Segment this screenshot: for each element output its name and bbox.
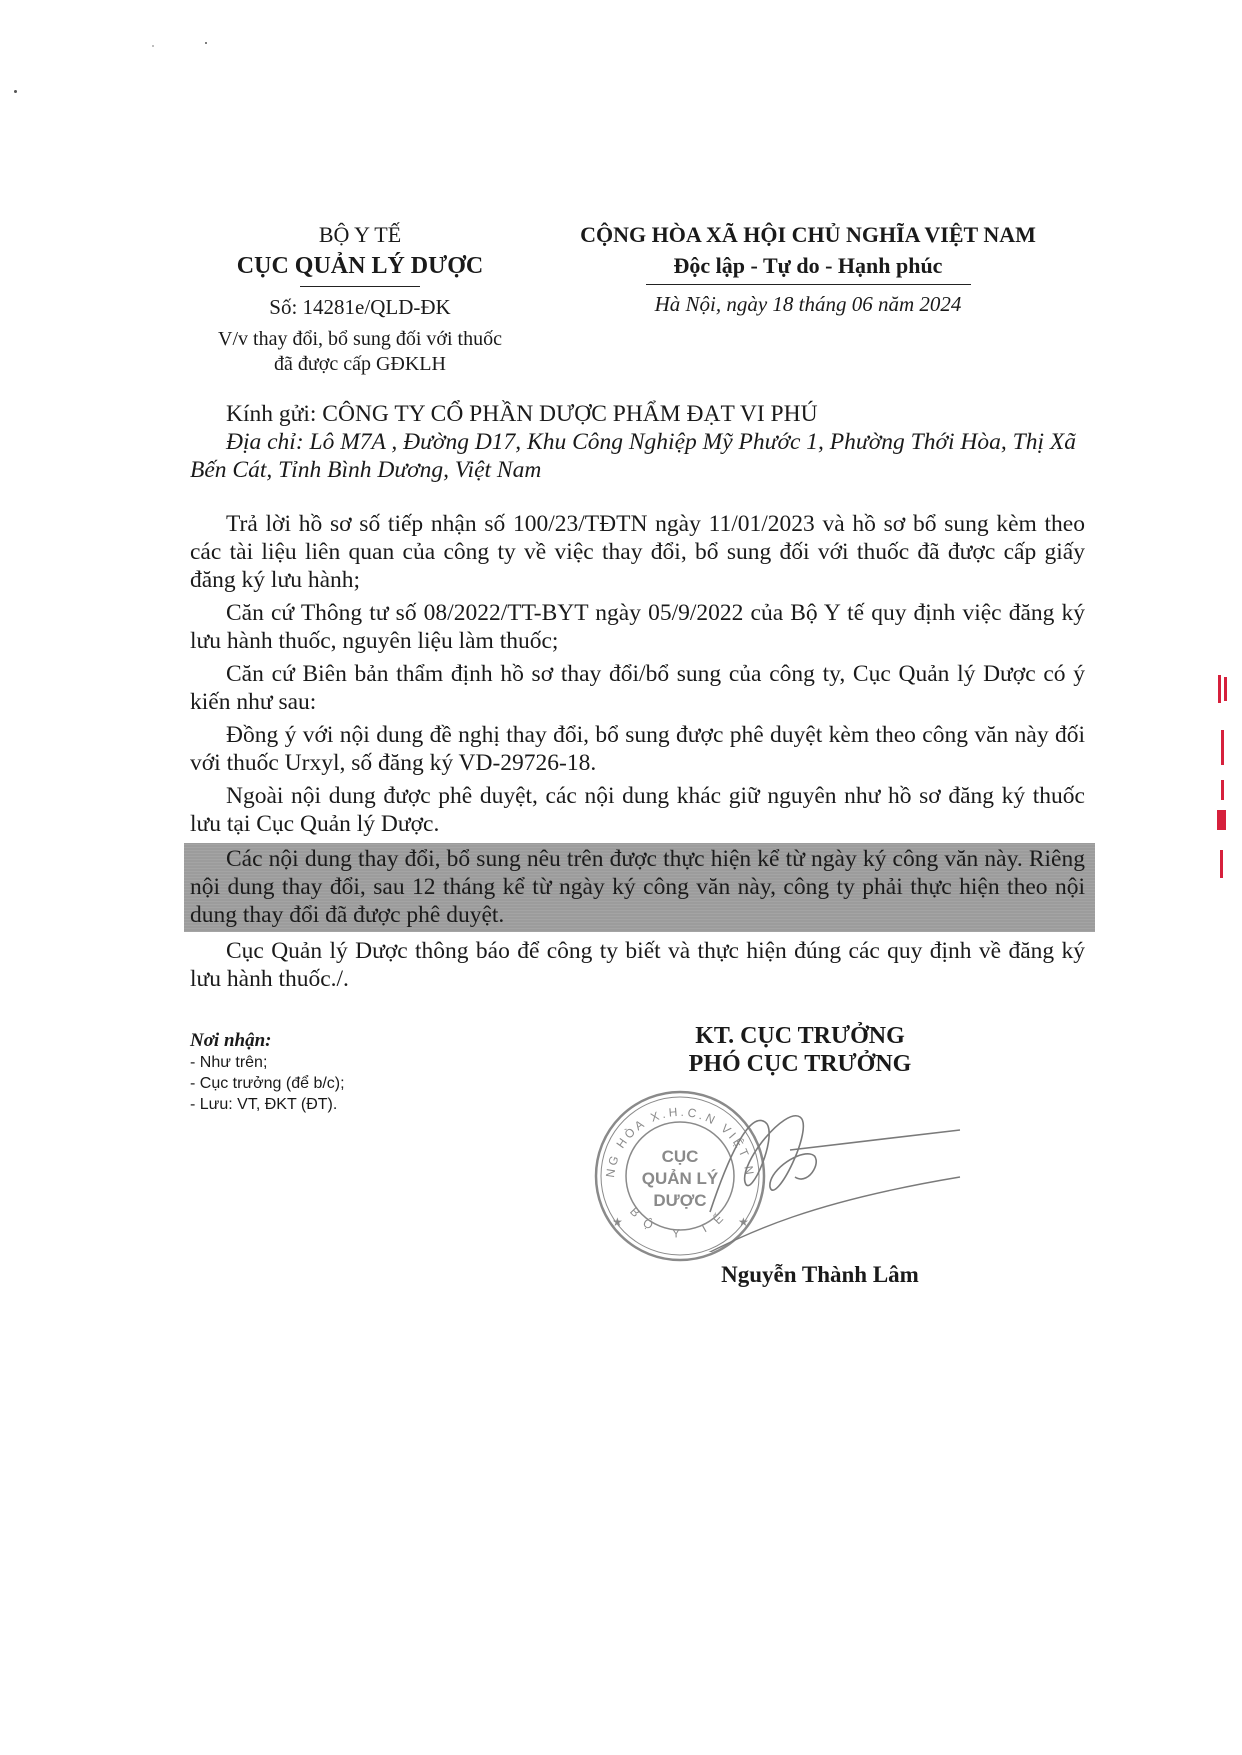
header-right-rule <box>646 284 971 285</box>
issuing-agency-header: BỘ Y TẾ CỤC QUẢN LÝ DƯỢC Số: 14281e/QLD-… <box>170 220 550 377</box>
recipients-list-title: Nơi nhận: <box>190 1030 345 1052</box>
body-paragraph: Căn cứ Biên bản thẩm định hồ sơ thay đổi… <box>190 660 1085 716</box>
recipients-list-item: - Lưu: VT, ĐKT (ĐT). <box>190 1094 345 1115</box>
highlighted-paragraph: Các nội dung thay đổi, bổ sung nêu trên … <box>184 843 1095 932</box>
letter-body: Trả lời hồ sơ số tiếp nhận số 100/23/TĐT… <box>190 510 1085 998</box>
handwritten-signature-icon <box>690 1092 970 1252</box>
republic-title: CỘNG HÒA XÃ HỘI CHỦ NGHĨA VIỆT NAM <box>548 220 1068 250</box>
document-subject: V/v thay đổi, bổ sung đối với thuốc đã đ… <box>170 327 550 377</box>
signature-block: KT. CỤC TRƯỞNG PHÓ CỤC TRƯỞNG CỘNG HÒA X… <box>600 1022 1000 1078</box>
place-and-date: Hà Nội, ngày 18 tháng 06 năm 2024 <box>548 289 1068 319</box>
header-left-rule <box>300 286 420 287</box>
recipient-address: Địa chỉ: Lô M7A , Đường D17, Khu Công Ng… <box>190 428 1090 484</box>
body-paragraph: Cục Quản lý Dược thông báo để công ty bi… <box>190 937 1085 993</box>
national-motto: Độc lập - Tự do - Hạnh phúc <box>548 250 1068 282</box>
body-paragraph: Đồng ý với nội dung đề nghị thay đổi, bổ… <box>190 721 1085 777</box>
subject-line-1: V/v thay đổi, bổ sung đối với thuốc <box>170 327 550 352</box>
svg-text:★: ★ <box>612 1215 623 1229</box>
agency-name: CỤC QUẢN LÝ DƯỢC <box>170 250 550 282</box>
scan-speck <box>14 90 17 93</box>
document-number: Số: 14281e/QLD-ĐK <box>170 293 550 321</box>
scan-speck <box>205 42 207 44</box>
side-receipt-mark-icon <box>1212 675 1232 925</box>
body-paragraph: Ngoài nội dung được phê duyệt, các nội d… <box>190 782 1085 838</box>
recipients-list-item: - Như trên; <box>190 1052 345 1073</box>
ministry-name: BỘ Y TẾ <box>170 220 550 250</box>
recipient-block: Kính gửi: CÔNG TY CỔ PHẦN DƯỢC PHẨM ĐẠT … <box>190 400 1090 484</box>
signer-name: Nguyễn Thành Lâm <box>670 1262 970 1288</box>
body-paragraph: Trả lời hồ sơ số tiếp nhận số 100/23/TĐT… <box>190 510 1085 594</box>
signer-title-2: PHÓ CỤC TRƯỞNG <box>600 1050 1000 1078</box>
body-paragraph: Căn cứ Thông tư số 08/2022/TT-BYT ngày 0… <box>190 599 1085 655</box>
recipients-list: Nơi nhận: - Như trên; - Cục trưởng (để b… <box>190 1030 345 1115</box>
recipients-list-item: - Cục trưởng (để b/c); <box>190 1073 345 1094</box>
recipient-name: Kính gửi: CÔNG TY CỔ PHẦN DƯỢC PHẨM ĐẠT … <box>190 400 1090 428</box>
scan-speck <box>152 45 154 47</box>
national-header: CỘNG HÒA XÃ HỘI CHỦ NGHĨA VIỆT NAM Độc l… <box>548 220 1068 319</box>
signer-title-1: KT. CỤC TRƯỞNG <box>600 1022 1000 1050</box>
subject-line-2: đã được cấp GĐKLH <box>170 352 550 377</box>
